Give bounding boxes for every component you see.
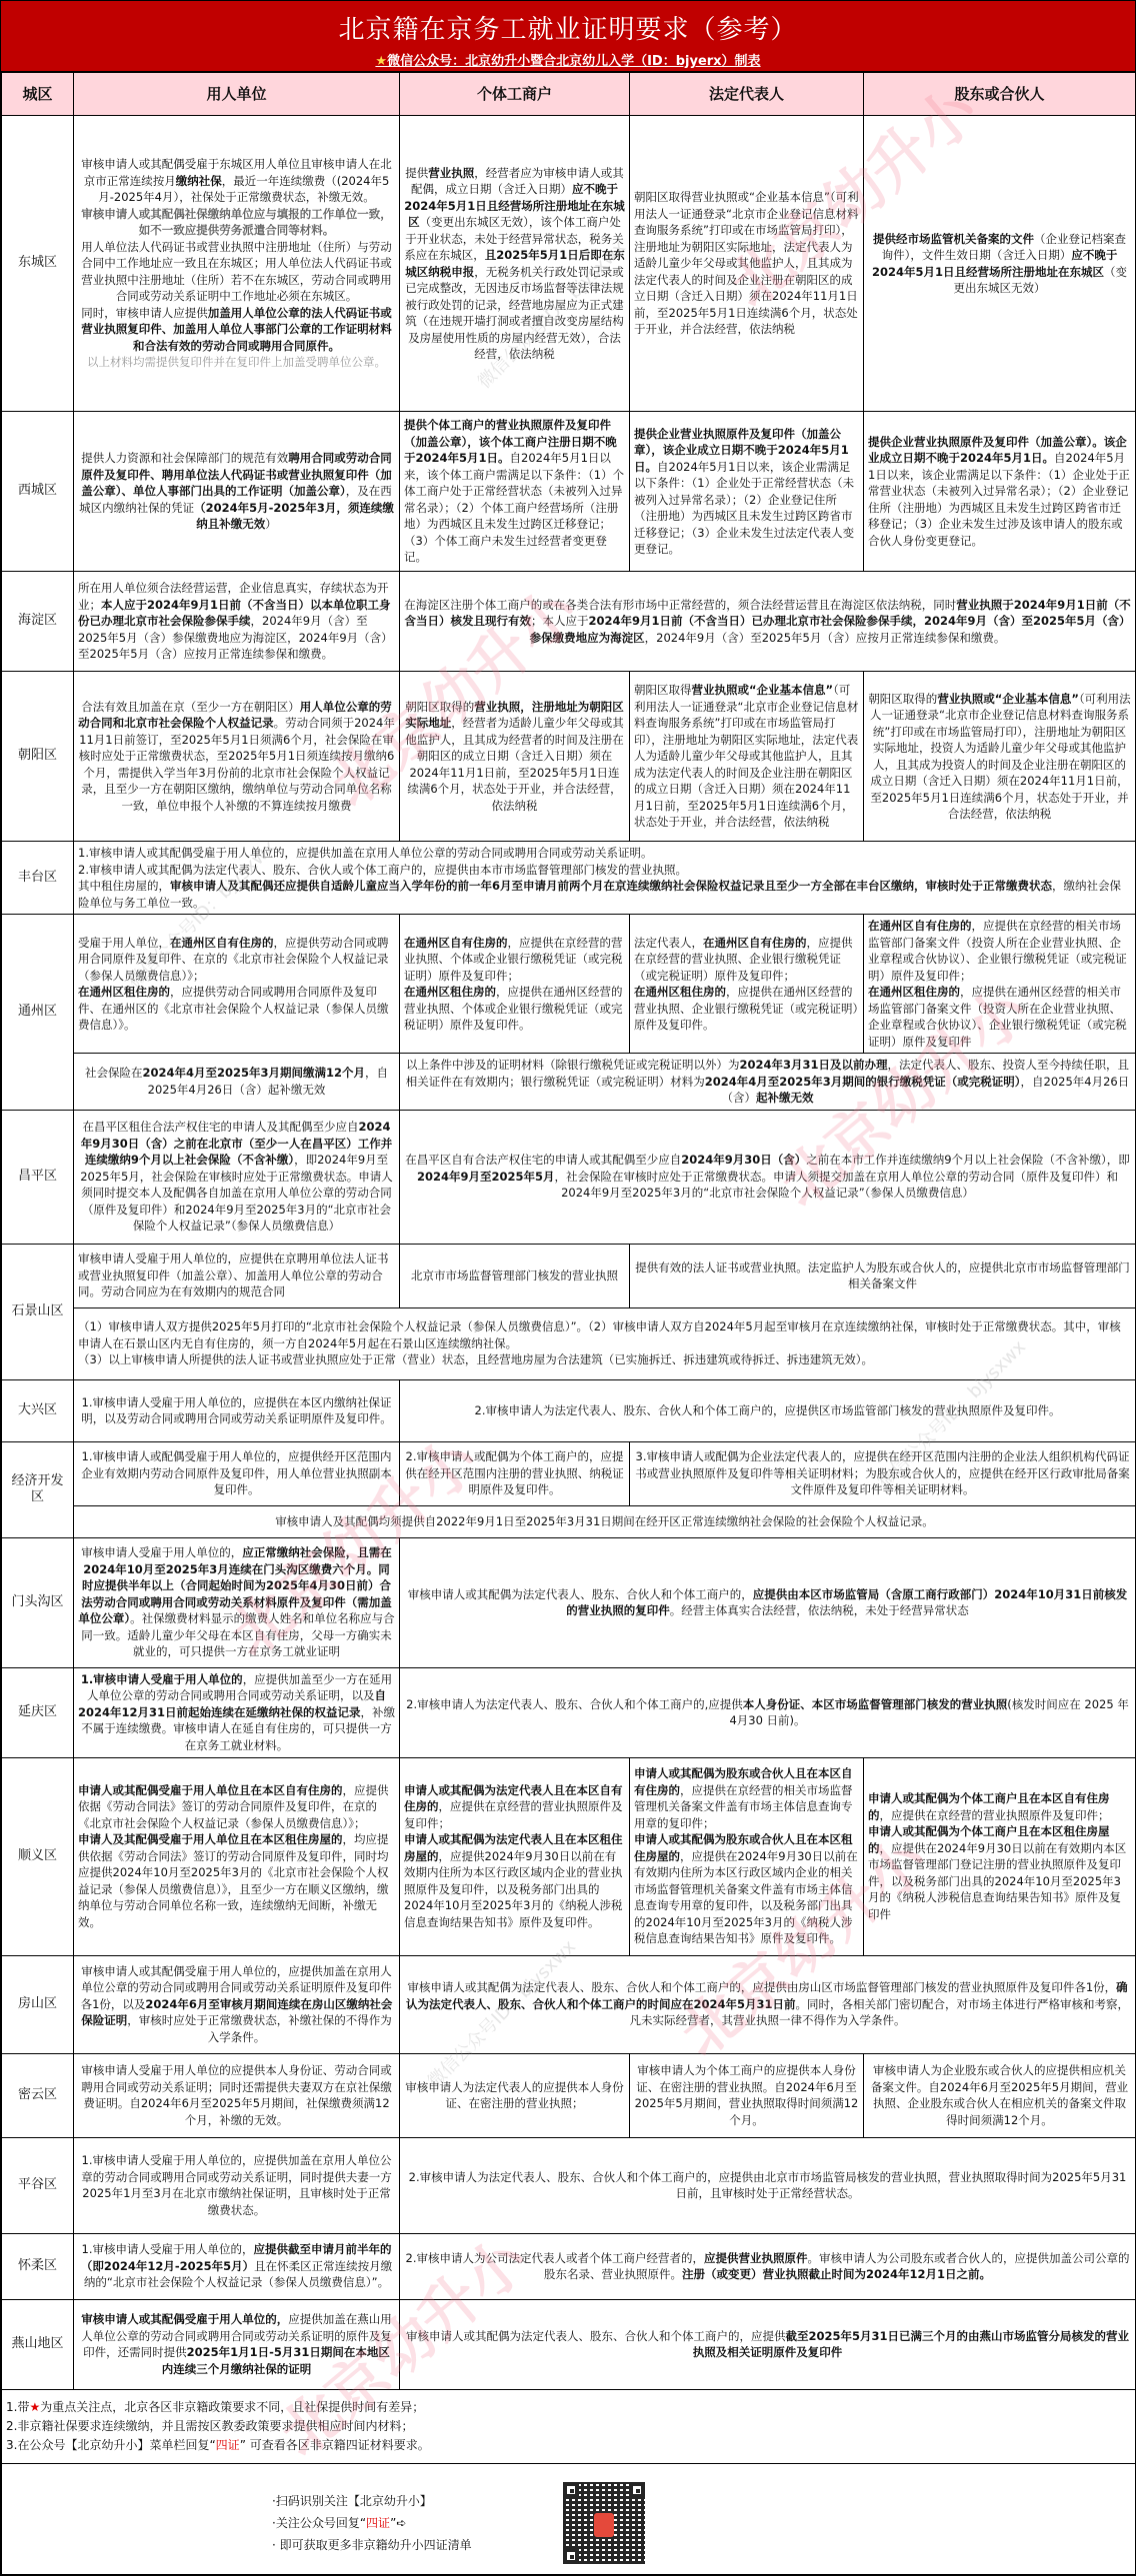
legal-rep-cell: 朝阳区取得营业执照或“企业基本信息”（可利用法人一证通登录“北京市企业登记信息材… <box>630 116 864 412</box>
employer-cell: 所在用人单位须合法经营运营，企业信息真实，存续状态为开业；本人应于2024年9月… <box>74 572 400 672</box>
table-row: 石景山区 审核申请人受雇于用人单位的，应提供在京聘用单位法人证书或营业执照复印件… <box>2 1244 1136 1307</box>
page-title: 北京籍在京务工就业证明要求（参考） <box>1 1 1135 45</box>
table-row: 顺义区 申请人或其配偶受雇于用人单位且在本区自有住房的，应提供依据《劳动合同法》… <box>2 1757 1136 1955</box>
legal-shareholder-cell: 3.审核申请人或配偶为企业法定代表人的，应提供在经开区范围内注册的企业法人组织机… <box>630 1441 1136 1505</box>
col-header-shareholder: 股东或合伙人 <box>864 73 1136 116</box>
table-row: 平谷区 1.审核申请人受雇于用人单位的，应提供加盖在京用人单位公章的劳动合同或聘… <box>2 2137 1136 2233</box>
star-icon: ★ <box>29 2400 40 2414</box>
employer-cell: 在昌平区租住合法产权住宅的申请人及其配偶至少应自2024年9月30日（含）之前在… <box>74 1110 400 1244</box>
district-name: 房山区 <box>2 1955 74 2053</box>
employer-cell: 审核申请人或其配偶受雇于东城区用人单位且审核申请人在北京市正常连续按月缴纳社保，… <box>74 116 400 412</box>
notes-cell: 1.带★为重点关注点，北京各区非京籍政策要求不同，且社保提供时间有差异； 2.非… <box>2 2389 1136 2463</box>
table-row: 房山区 审核申请人或其配偶受雇于用人单位的，应提供加盖在京用人单位公章的劳动合同… <box>2 1955 1136 2053</box>
individual-cell: 申请人或其配偶为个体工商户且在本区自有住房的，应提供在京经营的营业执照原件及复印… <box>864 1757 1136 1955</box>
employer-cell: 申请人或其配偶受雇于用人单位且在本区自有住房的，应提供依据《劳动合同法》签订的劳… <box>74 1757 400 1955</box>
footer-text: ·扫码识别关注【北京幼升小】 ·关注公众号回复“四证”➪ · 即可获取更多非京籍… <box>272 2490 472 2556</box>
table-row: 审核申请人及其配偶均须提供自2022年9月1日至2025年3月31日期间在经开区… <box>2 1505 1136 1537</box>
others-cell: 审核申请人或其配偶为法定代表人、股东、合伙人和个体工商户的，应提供截至2025年… <box>400 2299 1136 2389</box>
district-name: 密云区 <box>2 2053 74 2137</box>
col-header-district: 城区 <box>2 73 74 116</box>
table-row: 东城区 审核申请人或其配偶受雇于东城区用人单位且审核申请人在北京市正常连续按月缴… <box>2 116 1136 412</box>
legal-rep-cell: 提供企业营业执照原件及复印件（加盖公章），该企业成立日期不晚于2024年5月1日… <box>630 412 864 572</box>
document: 北京籍在京务工就业证明要求（参考） ★微信公众号：北京幼升小暨合北京幼儿入学（I… <box>0 0 1136 2576</box>
table-row: 丰台区 1.审核申请人或其配偶受雇于用人单位的，应提供加盖在京用人单位公章的劳动… <box>2 842 1136 915</box>
table-row: （1）审核申请人双方提供2025年5月打印的“北京市社会保险个人权益记录（参保人… <box>2 1307 1136 1379</box>
qr-corner-icon <box>629 2482 645 2498</box>
table-row: 西城区 提供人力资源和社会保障部门的规范有效聘用合同或劳动合同原件及复印件、聘用… <box>2 412 1136 572</box>
all-types-cell: 1.审核申请人或其配偶受雇于用人单位的，应提供加盖在京用人单位公章的劳动合同或聘… <box>74 842 1136 915</box>
table-header-row: 城区 用人单位 个体工商户 法定代表人 股东或合伙人 <box>2 73 1136 116</box>
common-cell: （1）审核申请人双方提供2025年5月打印的“北京市社会保险个人权益记录（参保人… <box>74 1307 1136 1379</box>
qr-code[interactable] <box>563 2482 645 2564</box>
qr-corner-icon <box>563 2548 579 2564</box>
table-row: 社会保险在2024年4月至2025年3月期间缴满12个月，自2025年4月26日… <box>2 1054 1136 1111</box>
others-cell: 2.审核申请人为法定代表人、股东、合伙人和个体工商户的,应提供本人身份证、本区市… <box>400 1667 1136 1757</box>
individual-cell: 提供营业执照，经营者应为审核申请人或其配偶，成立日期（含迁入日期）应不晚于202… <box>400 116 630 412</box>
col-header-legal-rep: 法定代表人 <box>630 73 864 116</box>
table-row: 延庆区 1.审核申请人受雇于用人单位的，应提供加盖至少一方在延用人单位公章的劳动… <box>2 1667 1136 1757</box>
col-header-individual: 个体工商户 <box>400 73 630 116</box>
common-cell: 审核申请人及其配偶均须提供自2022年9月1日至2025年3月31日期间在经开区… <box>74 1505 1136 1537</box>
table-row: 燕山地区 审核申请人或其配偶受雇于用人单位的，应提供加盖在燕山用人单位公章的劳动… <box>2 2299 1136 2389</box>
table-row: 海淀区 所在用人单位须合法经营运营，企业信息真实，存续状态为开业；本人应于202… <box>2 572 1136 672</box>
legal-rep-cell: 朝阳区取得营业执照或“企业基本信息”（可利用法人一证通登录“北京市企业登记信息材… <box>630 672 864 842</box>
page-subtitle: ★微信公众号：北京幼升小暨合北京幼儿入学（ID：bjyerx）制表 <box>1 50 1135 69</box>
district-name: 燕山地区 <box>2 2299 74 2389</box>
note-3: 3.在公众号【北京幼升小】菜单栏回复“四证” 可查看各区非京籍四证材料要求。 <box>6 2436 1131 2455</box>
table-row: 门头沟区 审核申请人受雇于用人单位的，应正常缴纳社会保险，且需在2024年10月… <box>2 1537 1136 1667</box>
district-name: 石景山区 <box>2 1244 74 1379</box>
district-name: 昌平区 <box>2 1110 74 1244</box>
table-row: 昌平区 在昌平区租住合法产权住宅的申请人及其配偶至少应自2024年9月30日（含… <box>2 1110 1136 1244</box>
legal-rep-cell: 审核申请人为法定代表人的应提供本人身份证、在密注册的营业执照； <box>400 2053 630 2137</box>
individual-cell: 审核申请人为个体工商户的应提供本人身份证、在密注册的营业执照。自2024年6月至… <box>630 2053 864 2137</box>
table-row: 密云区 审核申请人受雇于用人单位的应提供本人身份证、劳动合同或聘用合同或劳动关系… <box>2 2053 1136 2137</box>
district-name: 平谷区 <box>2 2137 74 2233</box>
shareholder-cell: 提供企业营业执照原件及复印件（加盖公章）。该企业成立日期不晚于2024年5月1日… <box>864 412 1136 572</box>
shareholder-cell: 提供经市场监管机关备案的文件（企业登记档案查询件），文件生效日期（含迁入日期）应… <box>864 116 1136 412</box>
shareholder-cell: 在通州区自有住房的，应提供在京经营的相关市场监管部门备案文件（投资人所在企业营业… <box>864 915 1136 1054</box>
shareholder-cell: 审核申请人为企业股东或合伙人的应提供相应机关备案文件。自2024年6月至2025… <box>864 2053 1136 2137</box>
employer-cell: 审核申请人受雇于用人单位的，应正常缴纳社会保险，且需在2024年10月至2025… <box>74 1537 400 1667</box>
employer-cell: 提供人力资源和社会保障部门的规范有效聘用合同或劳动合同原件及复印件、聘用单位法人… <box>74 412 400 572</box>
qr-corner-icon <box>563 2482 579 2498</box>
employer-cell: 1.审核申请人受雇于用人单位的，应提供加盖在京用人单位公章的劳动合同或聘用合同或… <box>74 2137 400 2233</box>
note-2: 2.非京籍社保要求连续缴纳，并且需按区教委政策要求提供相应时间内材料； <box>6 2417 1131 2436</box>
legal-shareholder-cell: 提供有效的法人证书或营业执照。法定监护人为股东或合伙人的，应提供北京市市场监督管… <box>630 1244 1136 1307</box>
note-1: 1.带★为重点关注点，北京各区非京籍政策要求不同，且社保提供时间有差异； <box>6 2398 1131 2417</box>
district-name: 海淀区 <box>2 572 74 672</box>
title-banner: 北京籍在京务工就业证明要求（参考） ★微信公众号：北京幼升小暨合北京幼儿入学（I… <box>1 1 1135 72</box>
district-name: 朝阳区 <box>2 672 74 842</box>
requirements-table: 城区 用人单位 个体工商户 法定代表人 股东或合伙人 东城区 审核申请人或其配偶… <box>1 72 1136 2575</box>
star-icon: ★ <box>375 54 387 69</box>
document-timing-cell: 以上条件中涉及的证明材料（除银行缴税凭证或完税证明以外）为2024年3月31日及… <box>400 1054 1136 1111</box>
social-insurance-cell: 社会保险在2024年4月至2025年3月期间缴满12个月，自2025年4月26日… <box>74 1054 400 1111</box>
others-cell: 2.审核申请人为法定代表人、股东、合伙人和个体工商户的，应提供区市场监管部门核发… <box>400 1379 1136 1441</box>
district-name: 门头沟区 <box>2 1537 74 1667</box>
others-cell: 在海淀区注册个体工商户的或在各类合法有形市场中正常经营的，须合法经营运营且在海淀… <box>400 572 1136 672</box>
footer-row: ·扫码识别关注【北京幼升小】 ·关注公众号回复“四证”➪ · 即可获取更多非京籍… <box>2 2463 1136 2574</box>
individual-cell: 朝阳区取得的营业执照，注册地址为朝阳区实际地址，经营者为适龄儿童少年父母或其他监… <box>400 672 630 842</box>
qr-logo-icon <box>594 2513 614 2537</box>
others-cell: 2.审核申请人为公司法定代表人或者个体工商户经营者的，应提供营业执照原件。审核申… <box>400 2233 1136 2299</box>
legal-rep-cell: 申请人或其配偶为法定代表人且在本区自有住房的，应提供在京经营的营业执照原件及复印… <box>400 1757 630 1955</box>
district-name: 东城区 <box>2 116 74 412</box>
employer-cell: 1.审核申请人受雇于用人单位的，应提供在本区内缴纳社保证明，以及劳动合同或聘用合… <box>74 1379 400 1441</box>
others-cell: 在昌平区自有合法产权住宅的申请人或其配偶至少应自2024年9月30日（含）之前在… <box>400 1110 1136 1244</box>
col-header-employer: 用人单位 <box>74 73 400 116</box>
individual-cell: 北京市市场监督管理部门核发的营业执照 <box>400 1244 630 1307</box>
district-name: 怀柔区 <box>2 2233 74 2299</box>
table-row: 通州区 受雇于用人单位，在通州区自有住房的，应提供劳动合同或聘用合同原件及复印件… <box>2 915 1136 1054</box>
table-row: 怀柔区 1.审核申请人受雇于用人单位的，应提供截至申请月前半年的（即2024年1… <box>2 2233 1136 2299</box>
employer-cell: 审核申请人或其配偶受雇于用人单位的，应提供加盖在燕山用人单位公章的劳动合同或聘用… <box>74 2299 400 2389</box>
table-row: 经济开发区 1.审核申请人或配偶受雇于用人单位的，应提供经开区范围内企业有效期内… <box>2 1441 1136 1505</box>
shareholder-cell: 申请人或其配偶为股东或合伙人且在本区自有住房的，应提供在京经营的相关市场监督管理… <box>630 1757 864 1955</box>
shareholder-cell: 朝阳区取得的营业执照或“企业基本信息”（可利用法人一证通登录“北京市企业登记信息… <box>864 672 1136 842</box>
employer-cell: 合法有效且加盖在京（至少一方在朝阳区）用人单位公章的劳动合同和北京市社会保险个人… <box>74 672 400 842</box>
employer-cell: 审核申请人受雇于用人单位的，应提供在京聘用单位法人证书或营业执照复印件（加盖公章… <box>74 1244 400 1307</box>
others-cell: 审核申请人或其配偶为法定代表人、股东、合伙人和个体工商户的，应提供由本区市场监管… <box>400 1537 1136 1667</box>
district-name: 大兴区 <box>2 1379 74 1441</box>
table-row: 大兴区 1.审核申请人受雇于用人单位的，应提供在本区内缴纳社保证明，以及劳动合同… <box>2 1379 1136 1441</box>
district-name: 延庆区 <box>2 1667 74 1757</box>
employer-cell: 审核申请人受雇于用人单位的应提供本人身份证、劳动合同或聘用合同或劳动关系证明；同… <box>74 2053 400 2137</box>
others-cell: 审核申请人或其配偶为法定代表人、股东、合伙人和个体工商户的，应提供由房山区市场监… <box>400 1955 1136 2053</box>
district-name: 西城区 <box>2 412 74 572</box>
employer-cell: 1.审核申请人或配偶受雇于用人单位的，应提供经开区范围内企业有效期内劳动合同原件… <box>74 1441 400 1505</box>
table-row: 朝阳区 合法有效且加盖在京（至少一方在朝阳区）用人单位公章的劳动合同和北京市社会… <box>2 672 1136 842</box>
individual-cell: 提供个体工商户的营业执照原件及复印件（加盖公章），该个体工商户注册日期不晚于20… <box>400 412 630 572</box>
individual-cell: 在通州区自有住房的，应提供在京经营的营业执照、个体或企业银行缴税凭证（或完税证明… <box>400 915 630 1054</box>
footer: ·扫码识别关注【北京幼升小】 ·关注公众号回复“四证”➪ · 即可获取更多非京籍… <box>2 2464 1135 2574</box>
employer-cell: 受雇于用人单位，在通州区自有住房的，应提供劳动合同或聘用合同原件及复印件、在京的… <box>74 915 400 1054</box>
employer-cell: 1.审核申请人受雇于用人单位的，应提供截至申请月前半年的（即2024年12月-2… <box>74 2233 400 2299</box>
notes-row: 1.带★为重点关注点，北京各区非京籍政策要求不同，且社保提供时间有差异； 2.非… <box>2 2389 1136 2463</box>
employer-cell: 1.审核申请人受雇于用人单位的，应提供加盖至少一方在延用人单位公章的劳动合同或聘… <box>74 1667 400 1757</box>
employer-cell: 审核申请人或其配偶受雇于用人单位的，应提供加盖在京用人单位公章的劳动合同或聘用合… <box>74 1955 400 2053</box>
district-name: 顺义区 <box>2 1757 74 1955</box>
individual-cell: 2.审核申请人或配偶为个体工商户的，应提供在经开区范围内注册的营业执照、纳税证明… <box>400 1441 630 1505</box>
district-name: 经济开发区 <box>2 1441 74 1537</box>
district-name: 通州区 <box>2 915 74 1111</box>
district-name: 丰台区 <box>2 842 74 915</box>
legal-rep-cell: 法定代表人，在通州区自有住房的，应提供在京经营的营业执照、企业银行缴税凭证（或完… <box>630 915 864 1054</box>
others-cell: 2.审核申请人为法定代表人、股东、合伙人和个体工商户的，应提供由北京市市场监管局… <box>400 2137 1136 2233</box>
